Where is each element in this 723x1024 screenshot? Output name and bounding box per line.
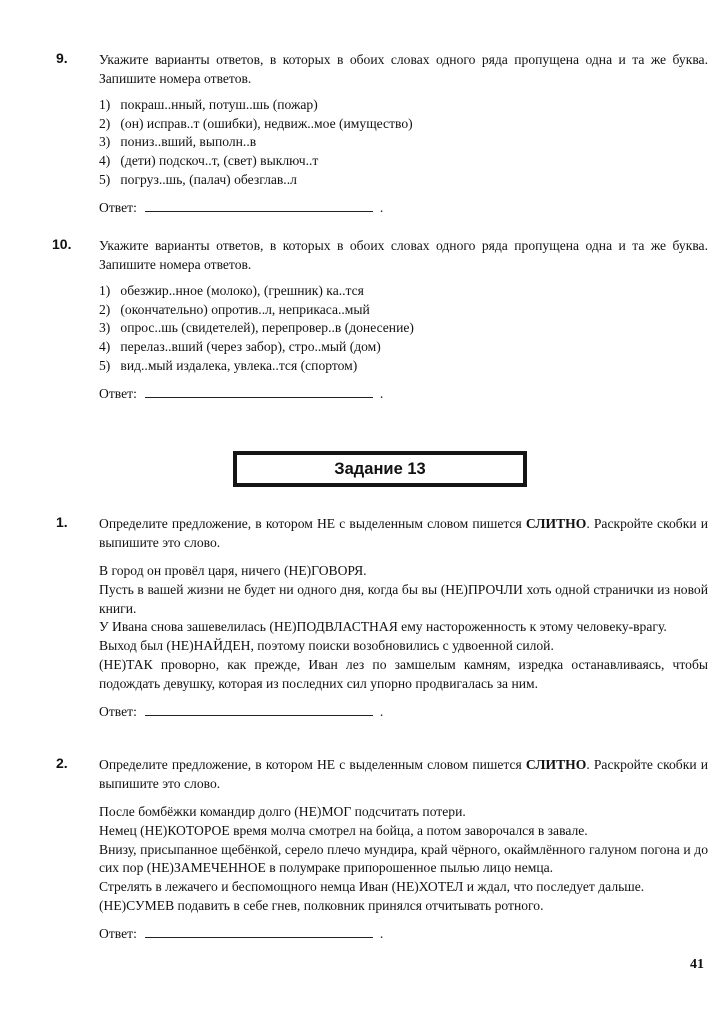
answer-row: Ответ:.	[99, 702, 708, 722]
task-10: 10. Укажите варианты ответов, в которых …	[56, 236, 708, 404]
option-text: (дети) подскоч..т, (свет) выключ..т	[120, 153, 318, 168]
sentence-item: У Ивана снова зашевелилась (НЕ)ПОДВЛАСТН…	[99, 618, 708, 637]
option-number: 2)	[99, 115, 117, 134]
option-text: пониз..вший, выполн..в	[120, 134, 256, 149]
sentence-item: (НЕ)СУМЕВ подавить в себе гнев, полковни…	[99, 897, 708, 916]
option-item: 4) (дети) подскоч..т, (свет) выключ..т	[99, 152, 708, 171]
options-list: 1) покраш..нный, потуш..шь (пожар) 2) (о…	[99, 96, 708, 190]
option-number: 1)	[99, 96, 117, 115]
answer-terminator: .	[380, 386, 383, 401]
answer-label: Ответ:	[99, 926, 137, 941]
option-text: вид..мый издалека, увлека..тся (спортом)	[120, 358, 357, 373]
option-item: 1) обезжир..нное (молоко), (грешник) ка.…	[99, 282, 708, 301]
option-item: 5) вид..мый издалека, увлека..тся (спорт…	[99, 357, 708, 376]
option-number: 2)	[99, 301, 117, 320]
task-9: 9. Укажите варианты ответов, в которых в…	[56, 50, 708, 218]
option-text: покраш..нный, потуш..шь (пожар)	[120, 97, 317, 112]
sentence-item: Пусть в вашей жизни не будет ни одного д…	[99, 581, 708, 619]
prompt-emphasis: СЛИТНО	[526, 516, 586, 531]
answer-field[interactable]	[145, 199, 373, 212]
option-text: (окончательно) опротив..л, неприкаса..мы…	[120, 302, 369, 317]
answer-label: Ответ:	[99, 386, 137, 401]
answer-terminator: .	[380, 704, 383, 719]
option-item: 2) (он) исправ..т (ошибки), недвиж..мое …	[99, 115, 708, 134]
option-text: обезжир..нное (молоко), (грешник) ка..тс…	[120, 283, 364, 298]
page-number: 41	[690, 957, 704, 973]
option-item: 3) опрос..шь (свидетелей), перепровер..в…	[99, 319, 708, 338]
answer-label: Ответ:	[99, 200, 137, 215]
option-item: 1) покраш..нный, потуш..шь (пожар)	[99, 96, 708, 115]
prompt-lead: Определите предложение, в котором НЕ с в…	[99, 516, 526, 531]
sentence-item: (НЕ)ТАК проворно, как прежде, Иван лез п…	[99, 656, 708, 694]
answer-field[interactable]	[145, 925, 373, 938]
option-number: 3)	[99, 319, 117, 338]
option-number: 5)	[99, 357, 117, 376]
task-prompt: Укажите варианты ответов, в которых в об…	[99, 50, 708, 88]
sentence-item: В город он провёл царя, ничего (НЕ)ГОВОР…	[99, 562, 708, 581]
option-item: 5) погруз..шь, (палач) обезглав..л	[99, 171, 708, 190]
task-prompt: Определите предложение, в котором НЕ с в…	[99, 755, 708, 793]
sentence-item: Внизу, присыпанное щебёнкой, серело плеч…	[99, 841, 708, 879]
task-number: 2.	[56, 755, 68, 771]
option-number: 5)	[99, 171, 117, 190]
task-13-2: 2. Определите предложение, в котором НЕ …	[56, 755, 708, 944]
task-number: 10.	[52, 236, 71, 252]
task-prompt: Укажите варианты ответов, в которых в об…	[99, 236, 708, 274]
option-text: опрос..шь (свидетелей), перепровер..в (д…	[120, 320, 414, 335]
sentence-item: Стрелять в лежачего и беспомощного немца…	[99, 878, 708, 897]
answer-row: Ответ:.	[99, 924, 708, 944]
option-number: 4)	[99, 152, 117, 171]
answer-field[interactable]	[145, 385, 373, 398]
sentence-item: Немец (НЕ)КОТОРОЕ время молча смотрел на…	[99, 822, 708, 841]
option-item: 4) перелаз..вший (через забор), стро..мы…	[99, 338, 708, 357]
answer-terminator: .	[380, 200, 383, 215]
section-header: Задание 13	[233, 451, 527, 487]
answer-label: Ответ:	[99, 704, 137, 719]
option-text: погруз..шь, (палач) обезглав..л	[120, 172, 297, 187]
answer-field[interactable]	[145, 703, 373, 716]
sentence-item: Выход был (НЕ)НАЙДЕН, поэтому поиски воз…	[99, 637, 708, 656]
answer-row: Ответ:.	[99, 198, 708, 218]
option-item: 3) пониз..вший, выполн..в	[99, 133, 708, 152]
task-number: 1.	[56, 514, 68, 530]
option-number: 1)	[99, 282, 117, 301]
section-title: Задание 13	[334, 460, 425, 479]
task-13-1: 1. Определите предложение, в котором НЕ …	[56, 514, 708, 722]
option-number: 4)	[99, 338, 117, 357]
sentence-item: После бомбёжки командир долго (НЕ)МОГ по…	[99, 803, 708, 822]
task-prompt: Определите предложение, в котором НЕ с в…	[99, 514, 708, 552]
option-text: (он) исправ..т (ошибки), недвиж..мое (им…	[120, 116, 412, 131]
answer-row: Ответ:.	[99, 384, 708, 404]
options-list: 1) обезжир..нное (молоко), (грешник) ка.…	[99, 282, 708, 376]
option-number: 3)	[99, 133, 117, 152]
sentences-list: В город он провёл царя, ничего (НЕ)ГОВОР…	[99, 562, 708, 694]
option-text: перелаз..вший (через забор), стро..мый (…	[120, 339, 380, 354]
task-number: 9.	[56, 50, 68, 66]
prompt-emphasis: СЛИТНО	[526, 757, 586, 772]
option-item: 2) (окончательно) опротив..л, неприкаса.…	[99, 301, 708, 320]
answer-terminator: .	[380, 926, 383, 941]
sentences-list: После бомбёжки командир долго (НЕ)МОГ по…	[99, 803, 708, 916]
prompt-lead: Определите предложение, в котором НЕ с в…	[99, 757, 526, 772]
